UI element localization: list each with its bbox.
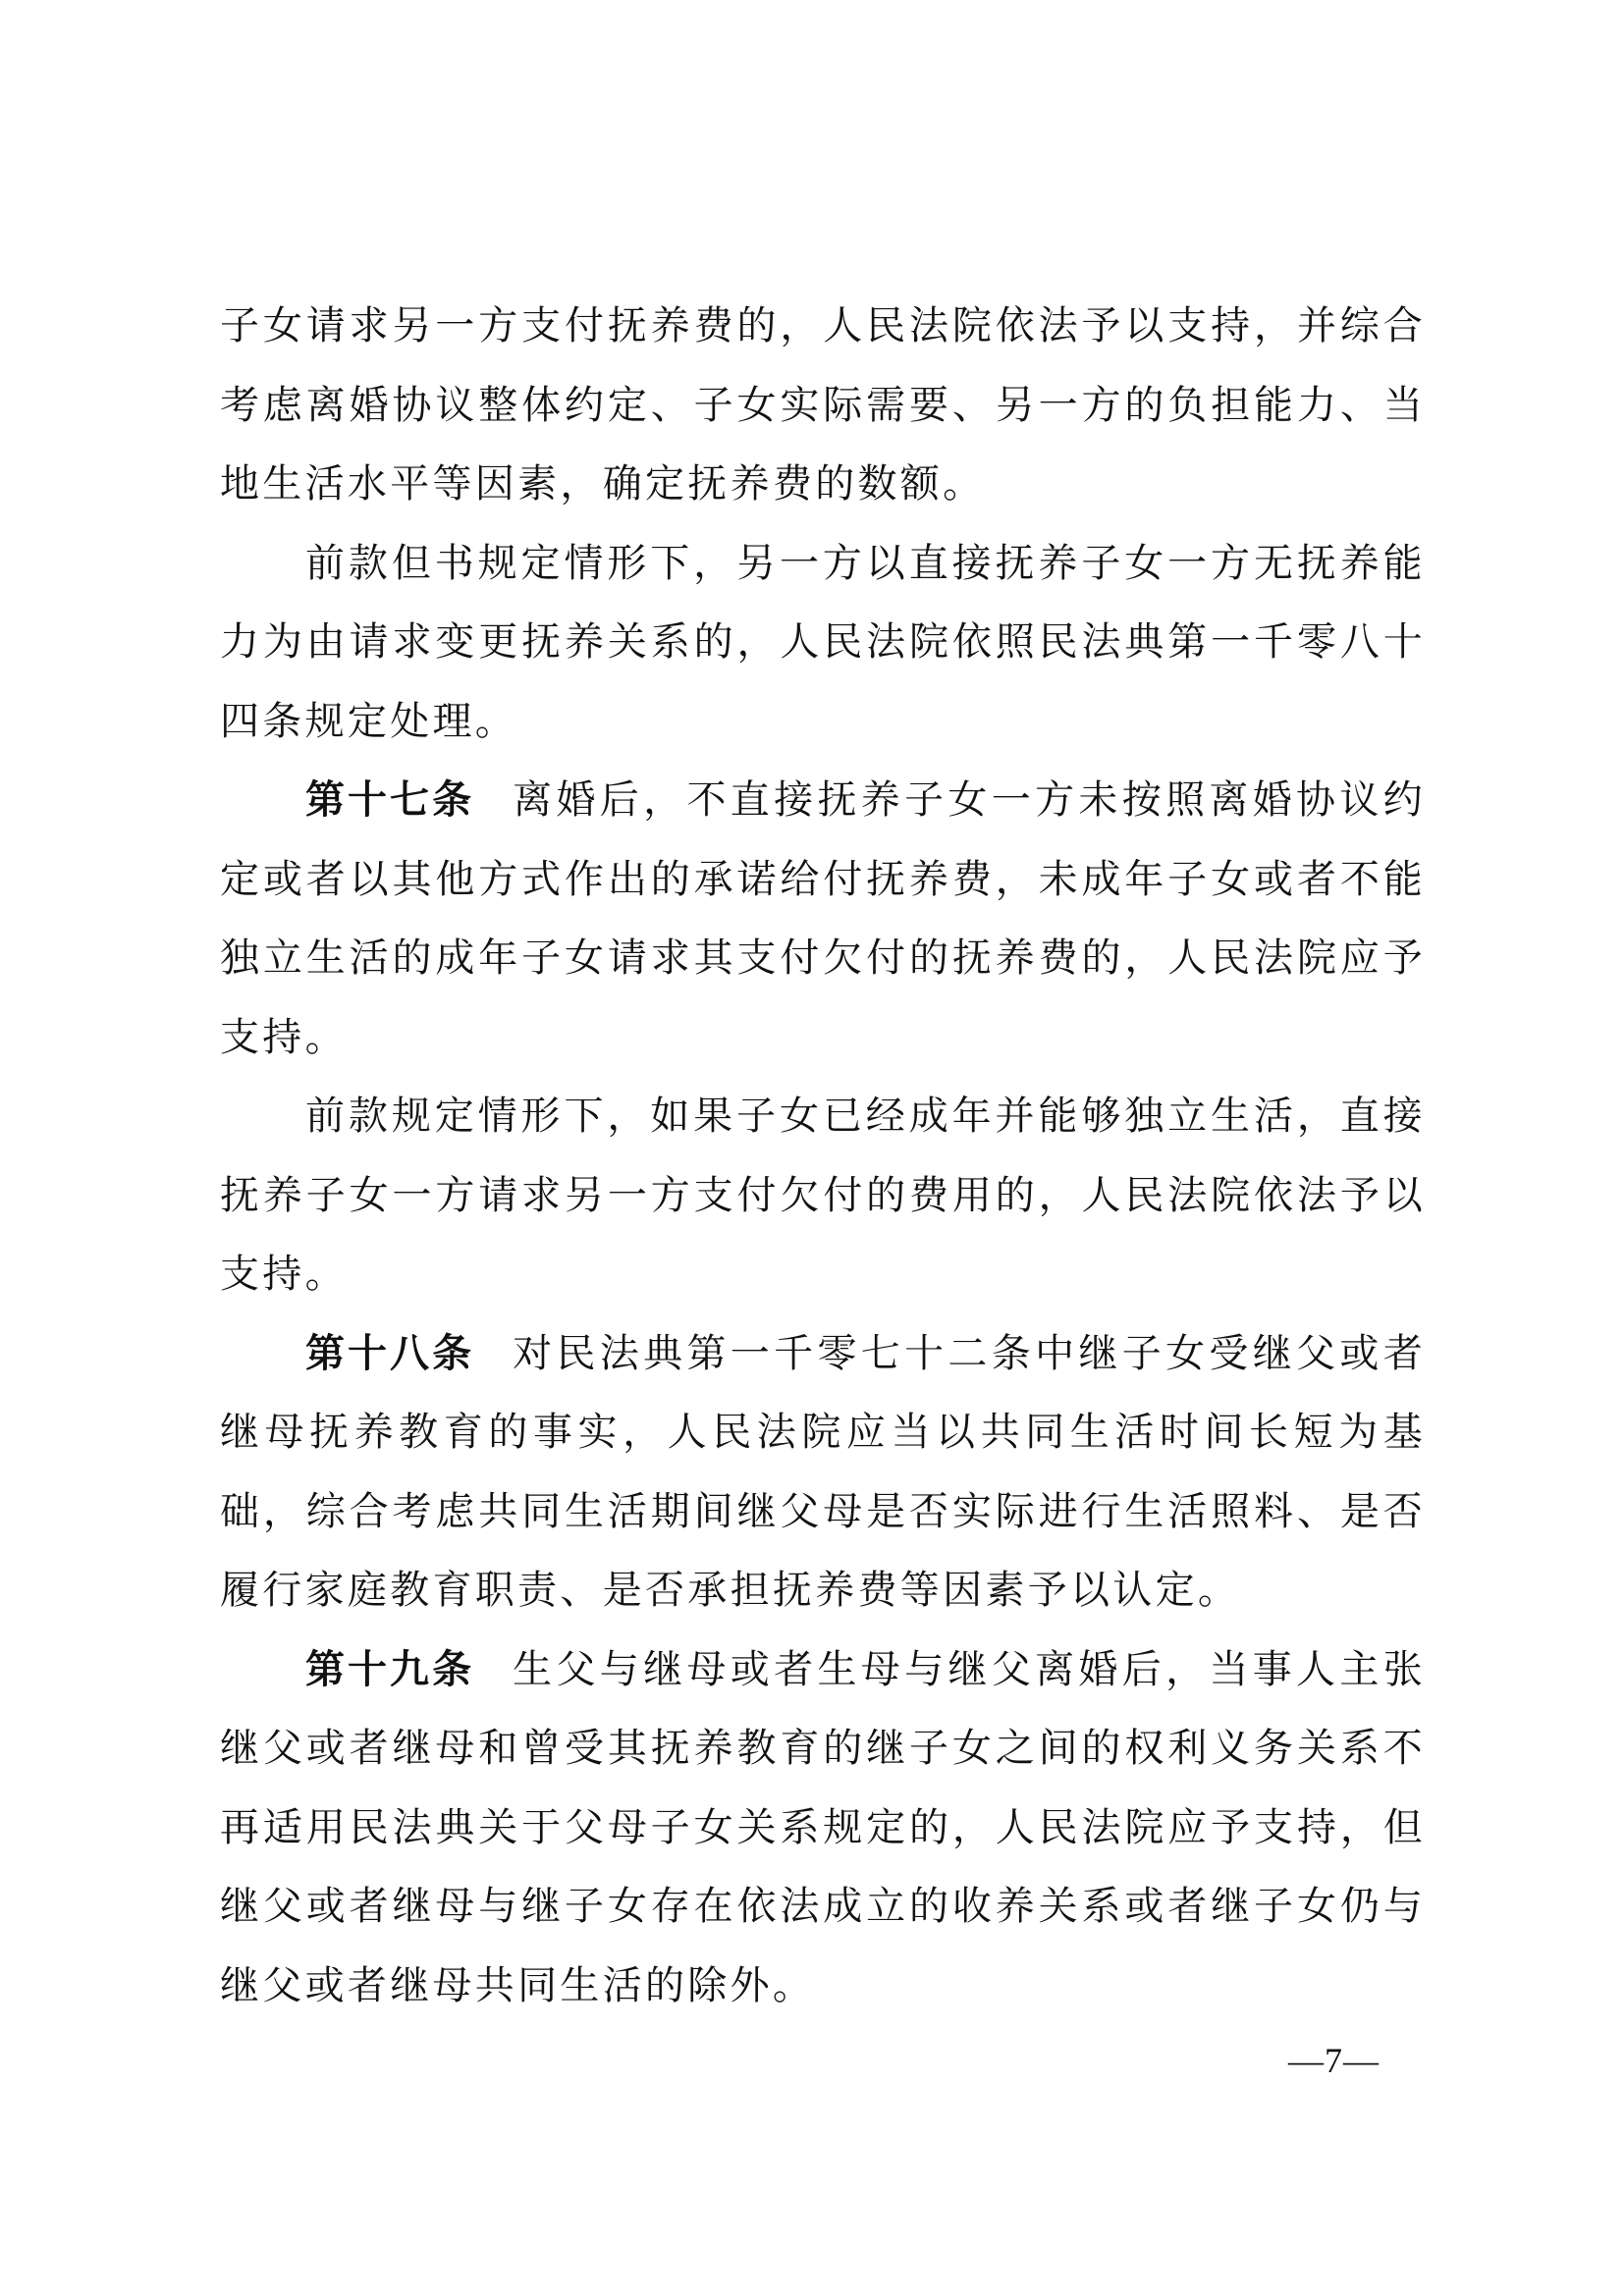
- article-number: 第十八条: [305, 1331, 474, 1376]
- paragraph-text: 前款但书规定情形下，另一方以直接抚养子女一方无抚养能力为由请求变更抚养关系的，人…: [220, 541, 1426, 744]
- paragraph-text: 前款规定情形下，如果子女已经成年并能够独立生活，直接抚养子女一方请求另一方支付欠…: [220, 1094, 1426, 1297]
- article-17: 第十七条离婚后，不直接抚养子女一方未按照离婚协议约定或者以其他方式作出的承诺给付…: [220, 761, 1426, 1077]
- article-19: 第十九条生父与继母或者生母与继父离婚后，当事人主张继父或者继母和曾受其抚养教育的…: [220, 1630, 1426, 2026]
- article-number: 第十七条: [305, 777, 474, 823]
- article-18: 第十八条对民法典第一千零七十二条中继子女受继父或者继母抚养教育的事实，人民法院应…: [220, 1314, 1426, 1630]
- article-text: 生父与继母或者生母与继父离婚后，当事人主张继父或者继母和曾受其抚养教育的继子女之…: [220, 1647, 1426, 2008]
- page-number: —7—: [1288, 2040, 1380, 2081]
- document-page: 子女请求另一方支付抚养费的，人民法院依法予以支持，并综合考虑离婚协议整体约定、子…: [0, 0, 1624, 2296]
- paragraph-text: 子女请求另一方支付抚养费的，人民法院依法予以支持，并综合考虑离婚协议整体约定、子…: [220, 303, 1426, 507]
- paragraph-proviso-change-custody: 前款但书规定情形下，另一方以直接抚养子女一方无抚养能力为由请求变更抚养关系的，人…: [220, 524, 1426, 762]
- paragraph-child-support-continuation: 子女请求另一方支付抚养费的，人民法院依法予以支持，并综合考虑离婚协议整体约定、子…: [220, 287, 1426, 524]
- article-number: 第十九条: [305, 1647, 474, 1692]
- paragraph-adult-child-arrears: 前款规定情形下，如果子女已经成年并能够独立生活，直接抚养子女一方请求另一方支付欠…: [220, 1077, 1426, 1314]
- body-text: 子女请求另一方支付抚养费的，人民法院依法予以支持，并综合考虑离婚协议整体约定、子…: [220, 287, 1426, 2025]
